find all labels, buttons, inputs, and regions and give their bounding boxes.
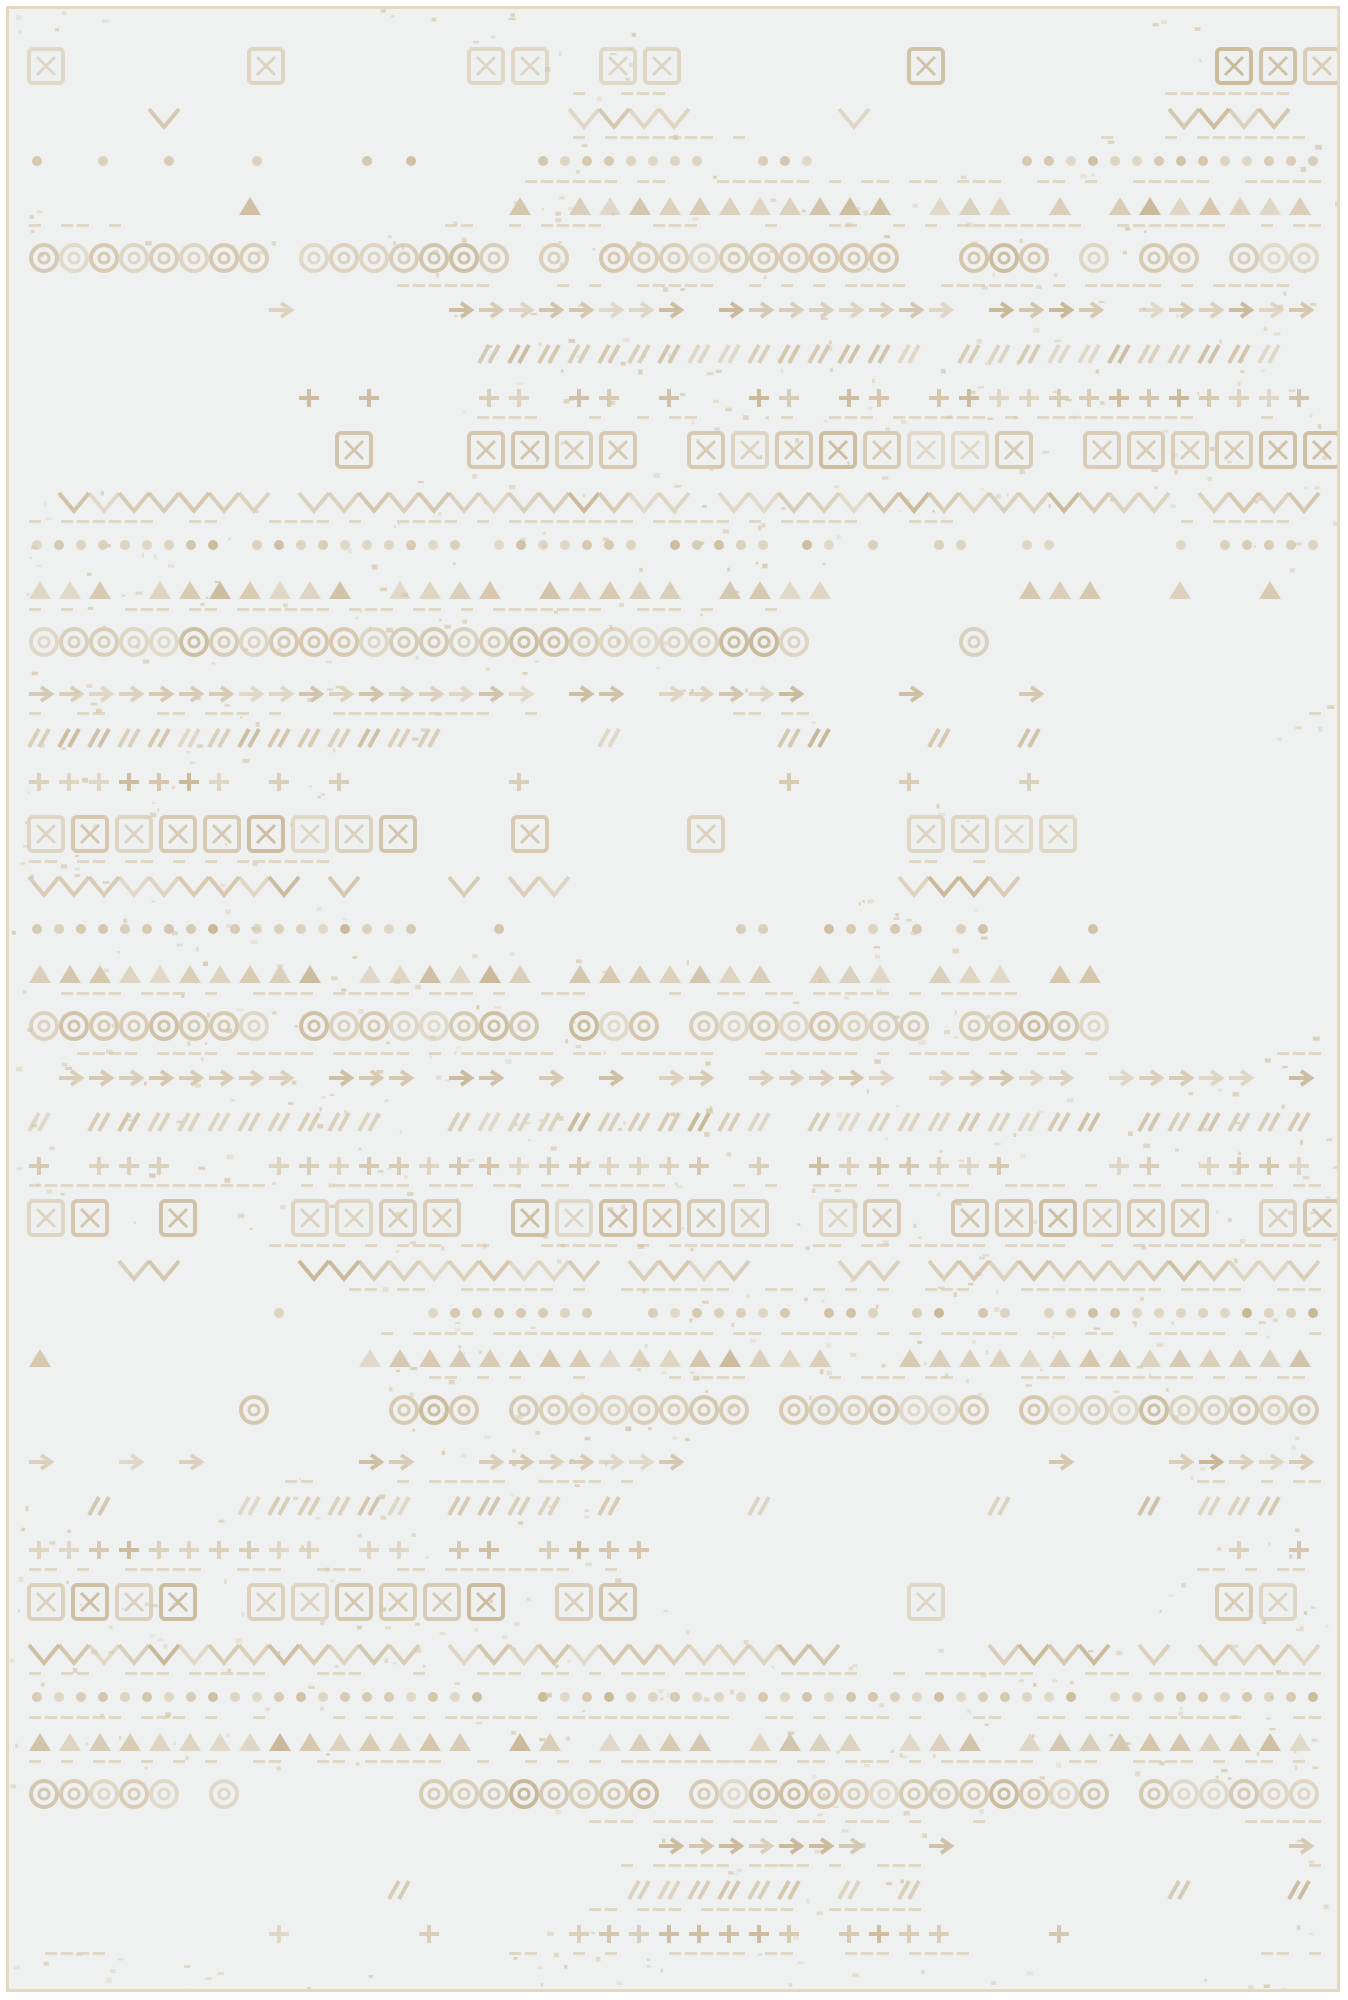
rug-pattern (9, 9, 1337, 1989)
rug: Ivory/off-white rug with distressed beig… (6, 6, 1340, 1992)
